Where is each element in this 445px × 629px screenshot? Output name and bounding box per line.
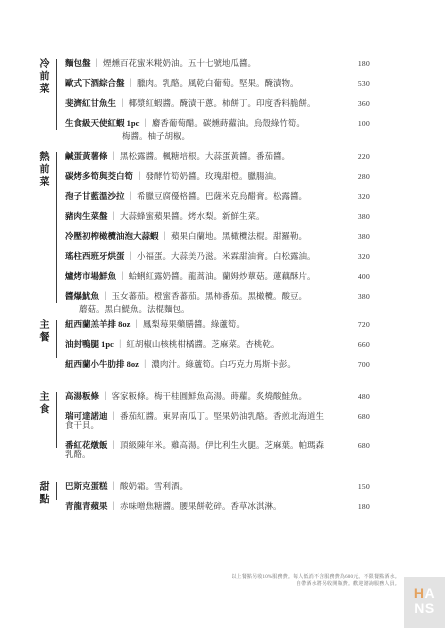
menu-item-text: 番紅花燉飯｜頂級陳年米。雞高湯。伊比利生火腿。芝麻葉。帕瑪森乳酪。 — [65, 441, 344, 459]
item-description: 蛤蜊紅露奶醬。龍蒿油。蘭姆炒蕈菇。蓮藕酥片。 — [129, 271, 316, 281]
menu-item-text: 豬肉生菜盤｜大蒜蜂蜜蘋果醬。烤水梨。新鮮生菜。 — [65, 212, 344, 221]
item-name: 斐濟紅甘魚生 — [65, 98, 116, 108]
item-separator: ｜ — [132, 319, 141, 329]
item-separator: ｜ — [141, 359, 150, 369]
item-separator: ｜ — [127, 191, 136, 201]
item-price: 380 — [344, 212, 370, 221]
menu-section: 冷前菜麵包盤｜煙燻百花蜜米糀奶油。五十七號地瓜醬。180歐式下酒綜合盤｜臘肉。乳… — [36, 58, 370, 141]
item-separator: ｜ — [101, 291, 110, 301]
item-price: 680 — [344, 412, 370, 421]
menu-section: 甜點巴斯克蛋糕｜酸奶霜。雪利酒。150青龍青蘋果｜赤味噌焦糖醬。腰果餅乾碎。香草… — [36, 481, 370, 511]
item-separator: ｜ — [116, 339, 125, 349]
menu-item: 鹹蛋黃薯條｜黑松露醬。楓糖培根。大蒜蛋黃醬。番茄醬。220 — [65, 152, 370, 161]
menu-item-text: 鹹蛋黃薯條｜黑松露醬。楓糖培根。大蒜蛋黃醬。番茄醬。 — [65, 152, 344, 161]
item-separator: ｜ — [141, 118, 150, 128]
menu-item: 紐西蘭小牛肋排 8oz｜濃肉汁。綠蘆筍。白巧克力馬斯卡彭。700 — [65, 360, 370, 369]
item-description: 濃肉汁。綠蘆筍。白巧克力馬斯卡彭。 — [151, 359, 296, 369]
item-description: 大蒜蜂蜜蘋果醬。烤水梨。新鮮生菜。 — [120, 211, 265, 221]
section-items: 鹹蛋黃薯條｜黑松露醬。楓糖培根。大蒜蛋黃醬。番茄醬。220碳烤多筍與茭白筍｜發酵… — [65, 151, 370, 314]
item-description: 發酵竹筍奶醬。玫瑰甜橙。臘腸油。 — [146, 171, 282, 181]
menu-section: 主食高湯粄條｜客家粄條。梅干桂圓鮮魚高湯。蒔蘿。炙燒酸鮭魚。480瑞可達諾迪｜番… — [36, 391, 370, 459]
item-name: 碳烤多筍與茭白筍 — [65, 171, 133, 181]
item-name: 孢子甘藍溫沙拉 — [65, 191, 125, 201]
section-items: 高湯粄條｜客家粄條。梅干桂圓鮮魚高湯。蒔蘿。炙燒酸鮭魚。480瑞可達諾迪｜番茄紅… — [65, 391, 370, 459]
menu-item-text: 斐濟紅甘魚生｜椰漿紅蝦醬。醃漬干蔥。柿餅丁。印度香料脆餅。 — [65, 99, 344, 108]
item-separator: ｜ — [110, 440, 119, 450]
footer-note-line2: 自帶酒水將另收開瓶費。歡迎諮詢服務人員。 — [231, 581, 400, 588]
item-description: 客家粄條。梅干桂圓鮮魚高湯。蒔蘿。炙燒酸鮭魚。 — [112, 391, 308, 401]
item-price: 660 — [344, 340, 370, 349]
item-separator: ｜ — [161, 231, 170, 241]
item-name: 生食級天使紅蝦 1pc — [65, 118, 139, 128]
item-description: 玉女蕃茄。橙蜜香蕃茄。黑柿番茄。黑橄欖。酸豆。 — [112, 291, 308, 301]
item-price: 530 — [344, 79, 370, 88]
item-price: 380 — [344, 292, 370, 301]
item-price: 150 — [344, 482, 370, 491]
menu-item-text: 歐式下酒綜合盤｜臘肉。乳酪。風乾白葡萄。堅果。醃漬物。 — [65, 79, 344, 88]
item-separator: ｜ — [101, 391, 110, 401]
item-separator: ｜ — [110, 481, 119, 491]
menu-item-text: 瑤柱西班牙烘蛋｜小福蛋。大蒜美乃滋。米霖甜油膏。白松露油。 — [65, 252, 344, 261]
item-description: 臘肉。乳酪。風乾白葡萄。堅果。醃漬物。 — [137, 78, 299, 88]
item-name: 醬爆魷魚 — [65, 291, 99, 301]
section-items: 巴斯克蛋糕｜酸奶霜。雪利酒。150青龍青蘋果｜赤味噌焦糖醬。腰果餅乾碎。香草冰淇… — [65, 481, 370, 511]
menu-item: 麵包盤｜煙燻百花蜜米糀奶油。五十七號地瓜醬。180 — [65, 59, 370, 68]
logo-line2: NS — [404, 601, 445, 616]
menu-item-text: 紐西蘭小牛肋排 8oz｜濃肉汁。綠蘆筍。白巧克力馬斯卡彭。 — [65, 360, 344, 369]
menu-item: 油封鴨腿 1pc｜紅胡椒山核桃柑橘醬。芝麻菜。杏桃乾。660 — [65, 340, 370, 349]
section-divider — [56, 320, 57, 358]
item-description: 紅胡椒山核桃柑橘醬。芝麻菜。杏桃乾。 — [126, 339, 279, 349]
menu-item: 番紅花燉飯｜頂級陳年米。雞高湯。伊比利生火腿。芝麻葉。帕瑪森乳酪。680 — [65, 441, 370, 459]
item-name: 油封鴨腿 1pc — [65, 339, 114, 349]
footer-notes: 以上餐點另收10%服務費。每人低消不含服務費為600元。不限餐點酒水。 自帶酒水… — [231, 574, 400, 588]
logo-line1: HA — [404, 586, 445, 601]
menu-item-text: 爐烤市場鮮魚｜蛤蜊紅露奶醬。龍蒿油。蘭姆炒蕈菇。蓮藕酥片。 — [65, 272, 344, 281]
menu-item: 碳烤多筍與茭白筍｜發酵竹筍奶醬。玫瑰甜橙。臘腸油。280 — [65, 172, 370, 181]
item-separator: ｜ — [127, 251, 136, 261]
menu-section: 主餐紐西蘭羔羊排 8oz｜鳳梨莓果藥膳醬。綠蘆筍。720油封鴨腿 1pc｜紅胡椒… — [36, 319, 370, 369]
section-label: 冷前菜 — [36, 58, 49, 141]
menu-item: 歐式下酒綜合盤｜臘肉。乳酪。風乾白葡萄。堅果。醃漬物。530 — [65, 79, 370, 88]
item-name: 紐西蘭羔羊排 8oz — [65, 319, 130, 329]
item-description: 椰漿紅蝦醬。醃漬干蔥。柿餅丁。印度香料脆餅。 — [129, 98, 316, 108]
item-description-line2: 蘑菇。黑白鯷魚。法棍麵包。 — [79, 305, 332, 314]
item-separator: ｜ — [135, 171, 144, 181]
item-separator: ｜ — [93, 58, 102, 68]
section-label: 主餐 — [36, 319, 49, 369]
item-description: 蘋果白蘭地。黑橄欖法棍。甜羅勒。 — [171, 231, 307, 241]
item-description: 麝香葡萄醋。碳燻蒔蘿油。烏殼綠竹筍。 — [152, 118, 305, 128]
item-price: 180 — [344, 59, 370, 68]
menu-item-text: 生食級天使紅蝦 1pc｜麝香葡萄醋。碳燻蒔蘿油。烏殼綠竹筍。梅醬。柚子胡椒。 — [65, 119, 344, 141]
item-name: 青龍青蘋果 — [65, 501, 108, 511]
section-label: 熱前菜 — [36, 151, 49, 314]
item-separator: ｜ — [118, 271, 127, 281]
menu-item: 醬爆魷魚｜玉女蕃茄。橙蜜香蕃茄。黑柿番茄。黑橄欖。酸豆。蘑菇。黑白鯷魚。法棍麵包… — [65, 292, 370, 314]
menu-item-text: 紐西蘭羔羊排 8oz｜鳳梨莓果藥膳醬。綠蘆筍。 — [65, 320, 344, 329]
item-price: 100 — [344, 119, 370, 128]
menu-item-text: 碳烤多筍與茭白筍｜發酵竹筍奶醬。玫瑰甜橙。臘腸油。 — [65, 172, 344, 181]
item-name: 麵包盤 — [65, 58, 91, 68]
item-separator: ｜ — [127, 78, 136, 88]
menu-item: 爐烤市場鮮魚｜蛤蜊紅露奶醬。龍蒿油。蘭姆炒蕈菇。蓮藕酥片。400 — [65, 272, 370, 281]
menu-item-text: 瑞可達諾迪｜番茄紅醬。東昇南瓜丁。堅果奶油乳酪。香煎北海道生食干貝。 — [65, 412, 344, 430]
item-separator: ｜ — [110, 411, 119, 421]
menu-item: 瑞可達諾迪｜番茄紅醬。東昇南瓜丁。堅果奶油乳酪。香煎北海道生食干貝。680 — [65, 412, 370, 430]
item-name: 豬肉生菜盤 — [65, 211, 108, 221]
logo-letter-h: H — [414, 585, 425, 601]
item-description: 希臘豆腐優格醬。巴薩米克烏醋膏。松露醬。 — [137, 191, 307, 201]
menu-page: 冷前菜麵包盤｜煙燻百花蜜米糀奶油。五十七號地瓜醬。180歐式下酒綜合盤｜臘肉。乳… — [0, 0, 445, 629]
section-label: 甜點 — [36, 481, 49, 511]
menu-item-text: 油封鴨腿 1pc｜紅胡椒山核桃柑橘醬。芝麻菜。杏桃乾。 — [65, 340, 344, 349]
menu-item-text: 醬爆魷魚｜玉女蕃茄。橙蜜香蕃茄。黑柿番茄。黑橄欖。酸豆。蘑菇。黑白鯷魚。法棍麵包… — [65, 292, 344, 314]
item-name: 巴斯克蛋糕 — [65, 481, 108, 491]
item-price: 480 — [344, 392, 370, 401]
item-price: 380 — [344, 232, 370, 241]
menu-item: 瑤柱西班牙烘蛋｜小福蛋。大蒜美乃滋。米霖甜油膏。白松露油。320 — [65, 252, 370, 261]
item-description: 煙燻百花蜜米糀奶油。五十七號地瓜醬。 — [103, 58, 256, 68]
item-name: 紐西蘭小牛肋排 8oz — [65, 359, 139, 369]
menu-item-text: 高湯粄條｜客家粄條。梅干桂圓鮮魚高湯。蒔蘿。炙燒酸鮭魚。 — [65, 392, 344, 401]
menu-item-text: 青龍青蘋果｜赤味噌焦糖醬。腰果餅乾碎。香草冰淇淋。 — [65, 502, 344, 511]
item-separator: ｜ — [110, 151, 119, 161]
menu-item-text: 巴斯克蛋糕｜酸奶霜。雪利酒。 — [65, 482, 344, 491]
item-name: 爐烤市場鮮魚 — [65, 271, 116, 281]
item-separator: ｜ — [118, 98, 127, 108]
item-price: 320 — [344, 252, 370, 261]
item-separator: ｜ — [110, 501, 119, 511]
item-price: 320 — [344, 192, 370, 201]
item-price: 400 — [344, 272, 370, 281]
menu-item: 冷壓初榨橄欖油泡大蒜蝦｜蘋果白蘭地。黑橄欖法棍。甜羅勒。380 — [65, 232, 370, 241]
section-items: 麵包盤｜煙燻百花蜜米糀奶油。五十七號地瓜醬。180歐式下酒綜合盤｜臘肉。乳酪。風… — [65, 58, 370, 141]
item-price: 680 — [344, 441, 370, 450]
item-name: 瑤柱西班牙烘蛋 — [65, 251, 125, 261]
item-price: 280 — [344, 172, 370, 181]
item-price: 180 — [344, 502, 370, 511]
item-name: 冷壓初榨橄欖油泡大蒜蝦 — [65, 231, 159, 241]
section-divider — [56, 59, 57, 130]
section-items: 紐西蘭羔羊排 8oz｜鳳梨莓果藥膳醬。綠蘆筍。720油封鴨腿 1pc｜紅胡椒山核… — [65, 319, 370, 369]
logo-letter-a: A — [425, 585, 436, 601]
section-divider — [56, 152, 57, 303]
item-description: 酸奶霜。雪利酒。 — [120, 481, 188, 491]
item-description-line2: 梅醬。柚子胡椒。 — [122, 132, 332, 141]
menu: 冷前菜麵包盤｜煙燻百花蜜米糀奶油。五十七號地瓜醬。180歐式下酒綜合盤｜臘肉。乳… — [36, 58, 370, 511]
item-price: 700 — [344, 360, 370, 369]
menu-item: 巴斯克蛋糕｜酸奶霜。雪利酒。150 — [65, 482, 370, 491]
item-name: 歐式下酒綜合盤 — [65, 78, 125, 88]
item-description: 小福蛋。大蒜美乃滋。米霖甜油膏。白松露油。 — [137, 251, 316, 261]
item-description: 鳳梨莓果藥膳醬。綠蘆筍。 — [143, 319, 245, 329]
item-name: 鹹蛋黃薯條 — [65, 151, 108, 161]
item-name: 高湯粄條 — [65, 391, 99, 401]
menu-item: 豬肉生菜盤｜大蒜蜂蜜蘋果醬。烤水梨。新鮮生菜。380 — [65, 212, 370, 221]
menu-item: 生食級天使紅蝦 1pc｜麝香葡萄醋。碳燻蒔蘿油。烏殼綠竹筍。梅醬。柚子胡椒。10… — [65, 119, 370, 141]
menu-item: 高湯粄條｜客家粄條。梅干桂圓鮮魚高湯。蒔蘿。炙燒酸鮭魚。480 — [65, 392, 370, 401]
section-divider — [56, 392, 57, 448]
menu-item-text: 孢子甘藍溫沙拉｜希臘豆腐優格醬。巴薩米克烏醋膏。松露醬。 — [65, 192, 344, 201]
section-label: 主食 — [36, 391, 49, 459]
item-price: 220 — [344, 152, 370, 161]
menu-item-text: 麵包盤｜煙燻百花蜜米糀奶油。五十七號地瓜醬。 — [65, 59, 344, 68]
menu-section: 熱前菜鹹蛋黃薯條｜黑松露醬。楓糖培根。大蒜蛋黃醬。番茄醬。220碳烤多筍與茭白筍… — [36, 151, 370, 314]
menu-item: 青龍青蘋果｜赤味噌焦糖醬。腰果餅乾碎。香草冰淇淋。180 — [65, 502, 370, 511]
menu-item: 斐濟紅甘魚生｜椰漿紅蝦醬。醃漬干蔥。柿餅丁。印度香料脆餅。360 — [65, 99, 370, 108]
item-separator: ｜ — [110, 211, 119, 221]
menu-item: 紐西蘭羔羊排 8oz｜鳳梨莓果藥膳醬。綠蘆筍。720 — [65, 320, 370, 329]
footer-note-line1: 以上餐點另收10%服務費。每人低消不含服務費為600元。不限餐點酒水。 — [231, 574, 400, 581]
item-price: 360 — [344, 99, 370, 108]
brand-logo: HA NS — [404, 577, 445, 628]
item-price: 720 — [344, 320, 370, 329]
item-description: 赤味噌焦糖醬。腰果餅乾碎。香草冰淇淋。 — [120, 501, 282, 511]
menu-item: 孢子甘藍溫沙拉｜希臘豆腐優格醬。巴薩米克烏醋膏。松露醬。320 — [65, 192, 370, 201]
section-divider — [56, 482, 57, 500]
item-description: 黑松露醬。楓糖培根。大蒜蛋黃醬。番茄醬。 — [120, 151, 290, 161]
menu-item-text: 冷壓初榨橄欖油泡大蒜蝦｜蘋果白蘭地。黑橄欖法棍。甜羅勒。 — [65, 232, 344, 241]
